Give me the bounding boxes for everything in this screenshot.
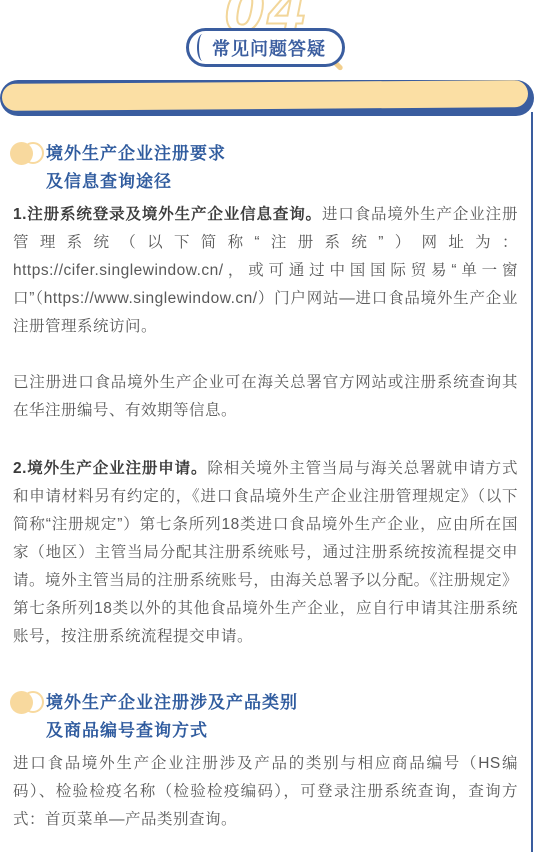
yellow-bar [2, 80, 528, 111]
paragraph-registration-login: 1.注册系统登录及境外生产企业信息查询。进口食品境外生产企业注册管理系统（以下简… [13, 201, 518, 341]
left-paren-decoration [197, 34, 208, 61]
top-decoration-area: 04 常见问题答疑 [0, 0, 534, 84]
paragraph-product-category-query: 进口食品境外生产企业注册涉及产品的类别与相应商品编号（HS编码）、检验检疫名称（… [13, 750, 518, 834]
section-2-title: 境外生产企业注册涉及产品类别 及商品编号查询方式 [46, 689, 298, 745]
article-page: 04 常见问题答疑 境外生产企业注册要求 及信息查询途 [0, 0, 534, 852]
bullet-outline-circle [22, 691, 44, 713]
double-circle-bullet-icon [10, 691, 46, 715]
bullet-outline-circle [22, 142, 44, 164]
paragraph-text: 进口食品境外生产企业注册管理系统（以下简称“注册系统”）网址为：https://… [13, 206, 518, 335]
article-content: 境外生产企业注册要求 及信息查询途径 1.注册系统登录及境外生产企业信息查询。进… [0, 140, 534, 834]
double-circle-bullet-icon [10, 142, 46, 166]
section-1-title-line2: 及信息查询途径 [46, 168, 226, 196]
paragraph-text: 进口食品境外生产企业注册涉及产品的类别与相应商品编号（HS编码）、检验检疫名称（… [13, 755, 518, 828]
paragraph-lead: 1.注册系统登录及境外生产企业信息查询。 [13, 206, 322, 223]
section-1-title-line1: 境外生产企业注册要求 [46, 140, 226, 168]
faq-badge-group: 常见问题答疑 [186, 28, 345, 67]
section-2-title-line1: 境外生产企业注册涉及产品类别 [46, 689, 298, 717]
faq-badge-label: 常见问题答疑 [212, 35, 326, 61]
section-1-heading: 境外生产企业注册要求 及信息查询途径 [13, 140, 518, 196]
section-1-title: 境外生产企业注册要求 及信息查询途径 [46, 140, 226, 196]
paragraph-registered-lookup: 已注册进口食品境外生产企业可在海关总署官方网站或注册系统查询其在华注册编号、有效… [13, 369, 518, 425]
paragraph-registration-apply: 2.境外生产企业注册申请。除相关境外主管当局与海关总署就申请方式和申请材料另有约… [13, 455, 518, 651]
section-2-heading: 境外生产企业注册涉及产品类别 及商品编号查询方式 [13, 689, 518, 745]
section-2-title-line2: 及商品编号查询方式 [46, 717, 298, 745]
paragraph-lead: 2.境外生产企业注册申请。 [13, 460, 207, 477]
paragraph-text: 除相关境外主管当局与海关总署就申请方式和申请材料另有约定的，《进口食品境外生产企… [13, 460, 518, 645]
header-bars [0, 84, 534, 118]
faq-badge: 常见问题答疑 [186, 28, 345, 67]
paragraph-text: 已注册进口食品境外生产企业可在海关总署官方网站或注册系统查询其在华注册编号、有效… [13, 374, 518, 419]
